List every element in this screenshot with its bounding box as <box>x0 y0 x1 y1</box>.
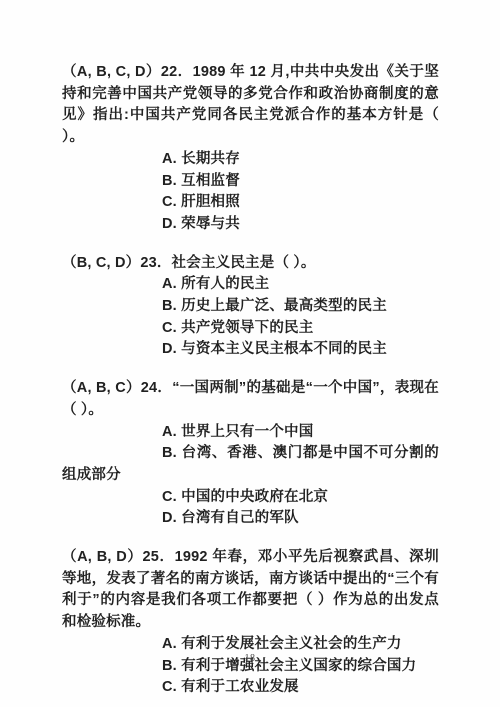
question-23-option-c: C. 共产党领导下的民主 <box>62 318 439 340</box>
question-22-option-d: D. 荣辱与共 <box>62 214 439 236</box>
question-22-option-b: B. 互相监督 <box>62 171 439 193</box>
question-22-option-c: C. 肝胆相照 <box>62 192 439 214</box>
question-23: （B, C, D）23．社会主义民主是（ ）。 A. 所有人的民主 B. 历史上… <box>62 253 439 362</box>
question-list: （A, B, C, D）22．1989 年 12 月,中共中央发出《关于坚持和完… <box>62 62 439 699</box>
question-25-stem: （A, B, D）25．1992 年春，邓小平先后视察武昌、深圳等地，发表了著名… <box>62 547 439 634</box>
question-23-stem: （B, C, D）23．社会主义民主是（ ）。 <box>62 253 439 275</box>
document-page: （A, B, C, D）22．1989 年 12 月,中共中央发出《关于坚持和完… <box>0 0 500 707</box>
question-22-option-a: A. 长期共存 <box>62 149 439 171</box>
question-22-stem: （A, B, C, D）22．1989 年 12 月,中共中央发出《关于坚持和完… <box>62 62 439 149</box>
question-24-option-a: A. 世界上只有一个中国 <box>62 422 439 444</box>
question-25: （A, B, D）25．1992 年春，邓小平先后视察武昌、深圳等地，发表了著名… <box>62 547 439 699</box>
question-24-option-b: B. 台湾、香港、澳门都是中国不可分割的组成部分 <box>62 443 439 486</box>
question-23-option-a: A. 所有人的民主 <box>62 274 439 296</box>
question-22: （A, B, C, D）22．1989 年 12 月,中共中央发出《关于坚持和完… <box>62 62 439 236</box>
page-number: 18 <box>0 653 500 664</box>
question-24-option-d: D. 台湾有自己的军队 <box>62 508 439 530</box>
question-23-option-d: D. 与资本主义民主根本不同的民主 <box>62 339 439 361</box>
question-24-option-c: C. 中国的中央政府在北京 <box>62 487 439 509</box>
question-25-option-c: C. 有利于工农业发展 <box>62 677 439 699</box>
question-23-option-b: B. 历史上最广泛、最高类型的民主 <box>62 296 439 318</box>
question-24: （A, B, C）24．“一国两制”的基础是“一个中国”，表现在（ ）。 A. … <box>62 378 439 530</box>
question-24-stem: （A, B, C）24．“一国两制”的基础是“一个中国”，表现在（ ）。 <box>62 378 439 421</box>
